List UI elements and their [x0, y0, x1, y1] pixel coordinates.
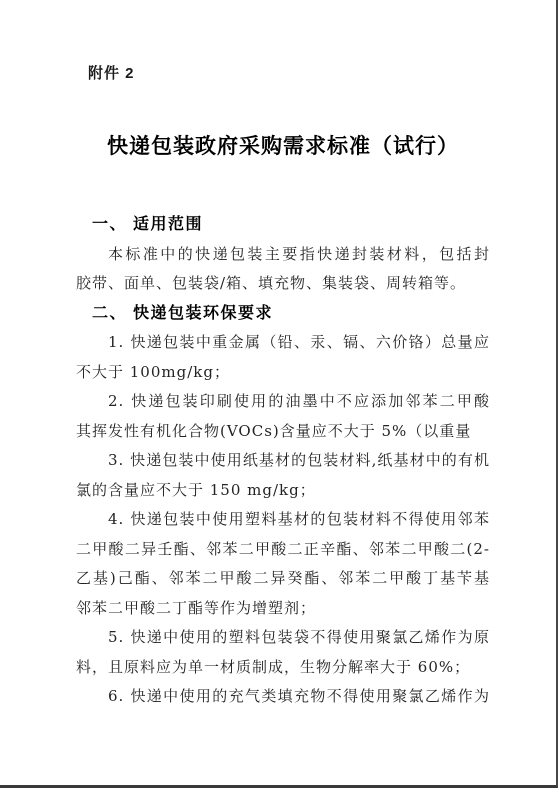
item-4-line: 乙基)己酯、邻苯二甲酸二异癸酯、邻苯二甲酸丁基苄基酯、: [76, 564, 490, 594]
item-2-line: 2. 快递包装印刷使用的油墨中不应添加邻苯二甲酸酯，: [76, 387, 490, 417]
section-heading-scope: 一、 适用范围: [92, 210, 490, 240]
item-6-line: 6. 快递中使用的充气类填充物不得使用聚氯乙烯作为: [76, 682, 490, 712]
document-page: 附件 2 快递包装政府采购需求标准（试行） 一、 适用范围 本标准中的快递包装主…: [0, 0, 558, 788]
item-3-line: 氯的含量应不大于 150 mg/kg；: [76, 476, 490, 506]
item-3-line: 3. 快递包装中使用纸基材的包装材料,纸基材中的有机: [76, 446, 490, 476]
item-4-line: 邻苯二甲酸二丁酯等作为增塑剂；: [76, 594, 490, 624]
document-body: 一、 适用范围 本标准中的快递包装主要指快递封装材料，包括封套、 胶带、面单、包…: [76, 210, 490, 712]
paragraph-line: 胶带、面单、包装袋/箱、填充物、集装袋、周转箱等。: [76, 269, 490, 299]
paragraph-line: 本标准中的快递包装主要指快递封装材料，包括封套、: [76, 240, 490, 270]
item-1-line: 不大于 100mg/kg；: [76, 358, 490, 388]
section-heading-requirements: 二、 快递包装环保要求: [92, 299, 490, 329]
item-5-line: 5. 快递中使用的塑料包装袋不得使用聚氯乙烯作为原: [76, 623, 490, 653]
document-title: 快递包装政府采购需求标准（试行）: [76, 130, 490, 164]
item-4-line: 4. 快递包装中使用塑料基材的包装材料不得使用邻苯: [76, 505, 490, 535]
item-1-line: 1. 快递包装中重金属（铅、汞、镉、六价铬）总量应: [76, 328, 490, 358]
attachment-label: 附件 2: [88, 62, 490, 86]
item-5-line: 料，且原料应为单一材质制成，生物分解率大于 60%；: [76, 653, 490, 683]
item-4-line: 二甲酸二异壬酯、邻苯二甲酸二正辛酯、邻苯二甲酸二(2-: [76, 535, 490, 565]
item-2-line: 其挥发性有机化合物(VOCs)含量应不大于 5%（以重量计）；: [76, 417, 490, 447]
